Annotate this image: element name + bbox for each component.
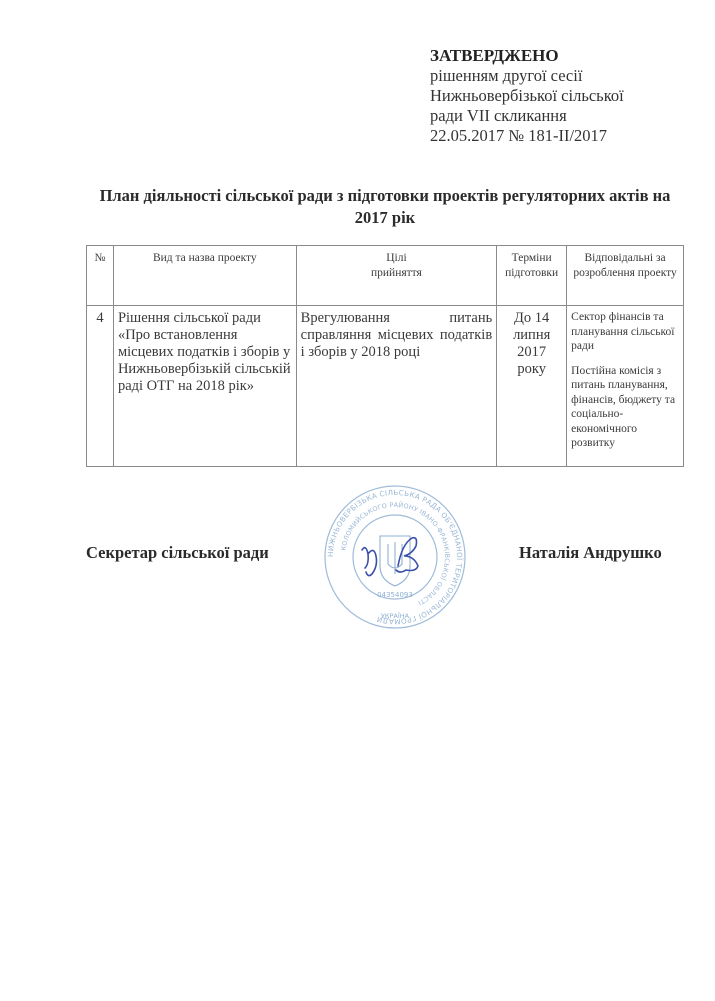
official-stamp: НИЖНЬОВЕРБІЗЬКА СІЛЬСЬКА РАДА ОБ'ЄДНАНОЇ… <box>322 484 468 630</box>
header-number: № <box>87 246 114 306</box>
approval-line: рішенням другої сесії <box>430 66 624 86</box>
header-terms: Терміни підготовки <box>497 246 567 306</box>
row-responsible: Сектор фінансів та планування сільської … <box>567 306 684 467</box>
row-goal: Врегулювання питань справляння місцевих … <box>296 306 497 467</box>
document-title: План діяльності сільської ради з підгото… <box>80 185 690 229</box>
approval-line: 22.05.2017 № 181-II/2017 <box>430 126 624 146</box>
responsible-entity: Постійна комісія з питань планування, фі… <box>571 364 679 451</box>
row-term: До 14 липня 2017 року <box>497 306 567 467</box>
header-project-name: Вид та назва проекту <box>113 246 296 306</box>
signatory-position: Секретар сільської ради <box>86 543 269 563</box>
approval-block: ЗАТВЕРДЖЕНО рішенням другої сесії Нижньо… <box>430 46 624 146</box>
signatory-name: Наталія Андрушко <box>519 543 662 563</box>
stamp-country: УКРАЇНА <box>381 611 410 620</box>
header-responsible: Відповідальні за розроблення проекту <box>567 246 684 306</box>
approval-heading: ЗАТВЕРДЖЕНО <box>430 46 624 66</box>
header-goals: Цілі прийняття <box>296 246 497 306</box>
row-number: 4 <box>87 306 114 467</box>
plan-table: № Вид та назва проекту Цілі прийняття Те… <box>86 245 684 467</box>
approval-line: Нижньовербізької сільської <box>430 86 624 106</box>
title-line-1: План діяльності сільської ради з підгото… <box>80 185 690 207</box>
responsible-entity: Сектор фінансів та планування сільської … <box>571 310 679 354</box>
approval-line: ради VII скликання <box>430 106 624 126</box>
table-header-row: № Вид та назва проекту Цілі прийняття Те… <box>87 246 684 306</box>
table-row: 4 Рішення сільської ради «Про встановлен… <box>87 306 684 467</box>
row-project-name: Рішення сільської ради «Про встановлення… <box>113 306 296 467</box>
stamp-code: 04354093 <box>377 591 413 599</box>
title-line-2: 2017 рік <box>80 207 690 229</box>
